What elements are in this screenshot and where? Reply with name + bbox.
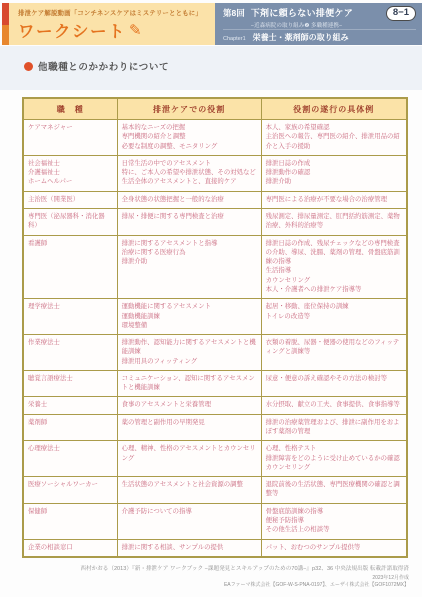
cell-role: 栄養士	[23, 397, 117, 414]
table-head: 職 種 排泄ケアでの役割 役割の遂行の具体例	[23, 98, 407, 120]
table-row: 医療ソーシャルワーカー生活状態のアセスメントと社会資源の調整退院前後の生活状態、…	[23, 477, 407, 504]
table-row: 企業の相談窓口排泄に関する相談、サンプルの提供パット、おむつのサンプル提供等	[23, 539, 407, 557]
section-heading: 他職種とのかかわりについて	[24, 59, 169, 73]
cell-care-role: 全身状態の状態把握と一般的な治療	[117, 191, 261, 208]
accent-bar-red	[2, 3, 9, 25]
cell-care-role: 運動機能に関するアセスメント 運動機能訓練 環境整備	[117, 299, 261, 335]
citation-text: 西村かおる（2013）『新・排泄ケア ワークブック −課題発見とスキルアップのた…	[80, 564, 409, 572]
cell-examples: 衣類の着脱、尿器・便器の使用などのフィッティングと訓練等	[261, 335, 407, 371]
header-right-panel: 第8回 下剤に頼らない排便ケア −近森病院の取り組み❷ 多職種連携− 8−1 C…	[215, 3, 422, 45]
cell-role: 社会福祉士 介護福祉士 ホームヘルパー	[23, 155, 117, 191]
cell-role: 看護師	[23, 235, 117, 299]
cell-examples: 本人、家族の希望確認 主治医への報告、専門医の紹介、排泄用品の紹介と入手の援助	[261, 120, 407, 156]
cell-care-role: 日常生活の中でのアセスメント 特に、ご本人の希望や排泄状態、その対処など生活全体…	[117, 155, 261, 191]
cell-care-role: 食事のアセスメントと栄養管理	[117, 397, 261, 414]
cell-examples: パット、おむつのサンプル提供等	[261, 539, 407, 557]
table-row: 栄養士食事のアセスメントと栄養管理水分摂取、献立の工夫、食事提供、食事指導等	[23, 397, 407, 414]
roles-table: 職 種 排泄ケアでの役割 役割の遂行の具体例 ケアマネジャー基本的なニーズの把握…	[22, 97, 408, 558]
cell-examples: 排泄の治療薬管理および、排泄に副作用をおよぼす薬剤の管理	[261, 414, 407, 441]
cell-examples: 排泄日誌の作成 排泄動作の確認 排泄介助	[261, 155, 407, 191]
cell-role: 保健師	[23, 503, 117, 539]
cell-role: 主治医（開業医）	[23, 191, 117, 208]
cell-care-role: 生活状態のアセスメントと社会資源の調整	[117, 477, 261, 504]
accent-bar	[2, 3, 9, 45]
cell-examples: 骨盤底筋訓練の指導 便秘予防指導 その他生活上の相談等	[261, 503, 407, 539]
table-row: 作業療法士排泄動作、認知能力に関するアセスメントと機能訓練 排泄用具のフィッティ…	[23, 335, 407, 371]
table-body: ケアマネジャー基本的なニーズの把握 専門機関の紹介と調整 必要な制度の調整、モニ…	[23, 120, 407, 557]
series-label: 排泄ケア解説動画「コンチネンスケアはミステリーとともに」	[18, 8, 209, 17]
header-left-panel: 排泄ケア解説動画「コンチネンスケアはミステリーとともに」 ワークシート ✎	[9, 3, 215, 45]
page-footer: 西村かおる（2013）『新・排泄ケア ワークブック −課題発見とスキルアップのた…	[80, 564, 409, 588]
cell-role: 聴覚言語療法士	[23, 370, 117, 397]
cell-examples: 尿意・便意の訴え確認やその方法の検討等	[261, 370, 407, 397]
cell-care-role: 薬の管理と副作用の早期発見	[117, 414, 261, 441]
column-header-examples: 役割の遂行の具体例	[261, 98, 407, 120]
cell-care-role: 排泄に関するアセスメントと指導 治療に関する医療行為 排泄介助	[117, 235, 261, 299]
cell-care-role: コミュニケーション、認知に関するアセスメントと機能訓練	[117, 370, 261, 397]
cell-role: ケアマネジャー	[23, 120, 117, 156]
table-row: 主治医（開業医）全身状態の状態把握と一般的な治療専門医による治療が不要な場合の治…	[23, 191, 407, 208]
table-header-row: 職 種 排泄ケアでの役割 役割の遂行の具体例	[23, 98, 407, 120]
table-row: 聴覚言語療法士コミュニケーション、認知に関するアセスメントと機能訓練尿意・便意の…	[23, 370, 407, 397]
created-date: 2023年12月作成	[80, 574, 409, 581]
cell-care-role: 排尿・排便に関する専門検査と治療	[117, 208, 261, 235]
cell-care-role: 基本的なニーズの把握 専門機関の紹介と調整 必要な制度の調整、モニタリング	[117, 120, 261, 156]
cell-care-role: 排泄に関する相談、サンプルの提供	[117, 539, 261, 557]
column-header-care-role: 排泄ケアでの役割	[117, 98, 261, 120]
cell-role: 作業療法士	[23, 335, 117, 371]
table-row: 看護師排泄に関するアセスメントと指導 治療に関する医療行為 排泄介助排泄日誌の作…	[23, 235, 407, 299]
chapter-title: 栄養士・薬剤師の取り組み	[253, 32, 349, 43]
table-row: 薬剤師薬の管理と副作用の早期発見排泄の治療薬管理および、排泄に副作用をおよぼす薬…	[23, 414, 407, 441]
page-header: 排泄ケア解説動画「コンチネンスケアはミステリーとともに」 ワークシート ✎ 第8…	[2, 3, 422, 45]
worksheet-page: 排泄ケア解説動画「コンチネンスケアはミステリーとともに」 ワークシート ✎ 第8…	[0, 0, 422, 597]
episode-block: 第8回 下剤に頼らない排便ケア −近森病院の取り組み❷ 多職種連携− 8−1	[223, 6, 416, 29]
table-row: 心理療法士心理、精神、性格のアセスメントとカウンセリング心理、性格テスト 排泄障…	[23, 441, 407, 477]
cell-role: 心理療法士	[23, 441, 117, 477]
cell-examples: 専門医による治療が不要な場合の治療管理	[261, 191, 407, 208]
cell-role: 医療ソーシャルワーカー	[23, 477, 117, 504]
chapter-label: Chapter1	[223, 36, 246, 42]
cell-care-role: 介護予防についての指導	[117, 503, 261, 539]
table-row: 社会福祉士 介護福祉士 ホームヘルパー日常生活の中でのアセスメント 特に、ご本人…	[23, 155, 407, 191]
cell-examples: 水分摂取、献立の工夫、食事提供、食事指導等	[261, 397, 407, 414]
section-heading-label: 他職種とのかかわりについて	[38, 59, 169, 73]
cell-examples: 排泄日誌の作成、残尿チェックなどの専門検査の介助、導尿、洗腸、薬剤の管理、骨盤底…	[261, 235, 407, 299]
bullet-icon	[24, 62, 33, 71]
column-header-role: 職 種	[23, 98, 117, 120]
cell-examples: 起居・移動、座位保持の訓練 トイレの改造等	[261, 299, 407, 335]
cell-role: 薬剤師	[23, 414, 117, 441]
cell-examples: 心理、性格テスト 排泄障害をどのように受け止めているかの確認 カウンセリング	[261, 441, 407, 477]
title-row: ワークシート ✎	[18, 18, 209, 42]
episode-number: 第8回	[223, 6, 245, 19]
episode-titles: 下剤に頼らない排便ケア −近森病院の取り組み❷ 多職種連携−	[251, 6, 380, 29]
table-row: 理学療法士運動機能に関するアセスメント 運動機能訓練 環境整備起居・移動、座位保…	[23, 299, 407, 335]
chapter-block: Chapter1 栄養士・薬剤師の取り組み	[223, 29, 416, 43]
page-title: ワークシート	[18, 18, 126, 42]
table-row: 専門医（泌尿器科・消化器科）排尿・排便に関する専門検査と治療残尿測定、排尿量測定…	[23, 208, 407, 235]
page-number-badge: 8−1	[386, 6, 416, 21]
table-row: ケアマネジャー基本的なニーズの把握 専門機関の紹介と調整 必要な制度の調整、モニ…	[23, 120, 407, 156]
table-row: 保健師介護予防についての指導骨盤底筋訓練の指導 便秘予防指導 その他生活上の相談…	[23, 503, 407, 539]
cell-role: 理学療法士	[23, 299, 117, 335]
cell-care-role: 心理、精神、性格のアセスメントとカウンセリング	[117, 441, 261, 477]
accent-bar-orange	[2, 25, 9, 45]
cell-care-role: 排泄動作、認知能力に関するアセスメントと機能訓練 排泄用具のフィッティング	[117, 335, 261, 371]
episode-subtitle: −近森病院の取り組み❷ 多職種連携−	[251, 21, 380, 29]
pencil-icon: ✎	[129, 23, 142, 38]
episode-title: 下剤に頼らない排便ケア	[251, 6, 380, 19]
cell-role: 企業の相談窓口	[23, 539, 117, 557]
cell-examples: 残尿測定、排尿量測定、肛門括約筋測定、薬物治療、外科的治療等	[261, 208, 407, 235]
cell-examples: 退院前後の生活状態、専門医療機関の確認と調整等	[261, 477, 407, 504]
cell-role: 専門医（泌尿器科・消化器科）	[23, 208, 117, 235]
company-codes: EAファーマ株式会社【GOF-W-S-PNA-0197】、エーザイ株式会社【GO…	[80, 581, 409, 588]
